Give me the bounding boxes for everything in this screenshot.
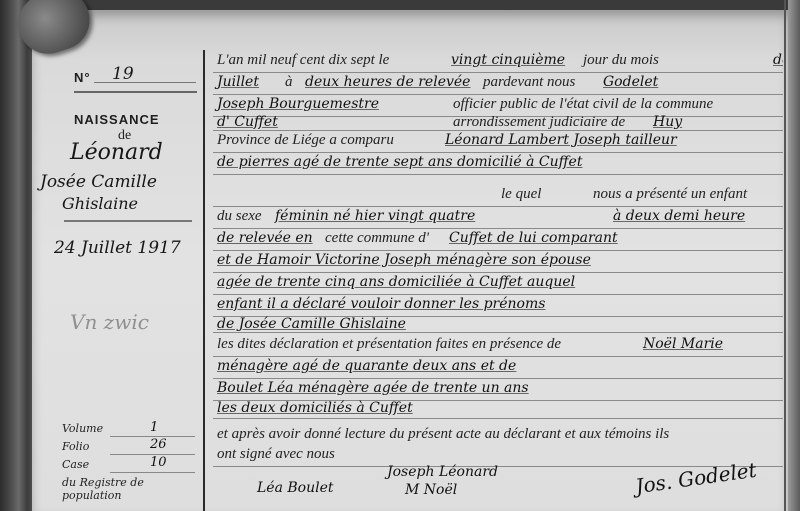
handwritten-text: Juillet (217, 74, 259, 90)
text-line-10: et de Hamoir Victorine Joseph ménagère s… (213, 250, 783, 273)
printed-text: cette commune d' (325, 230, 429, 247)
handwritten-text: les deux domiciliés à Cuffet (217, 400, 413, 416)
text-line-17: les deux domiciliés à Cuffet (213, 398, 783, 419)
case-line (110, 472, 195, 473)
number-underline (94, 82, 196, 83)
text-line-13: de Josée Camille Ghislaine (213, 314, 783, 333)
printed-text: nous a présenté un enfant (593, 186, 747, 203)
folio-label: Folio (62, 440, 89, 453)
volume-value: 1 (150, 420, 158, 435)
folio-value: 26 (150, 437, 167, 452)
handwritten-text: de Josée Camille Ghislaine (217, 316, 406, 332)
text-line-8: du sexe féminin né hier vingt quatre à d… (213, 206, 783, 229)
handwritten-text: enfant il a déclaré vouloir donner les p… (217, 296, 545, 312)
text-line-9: de relevée en cette commune d' Cuffet de… (213, 228, 783, 251)
handwritten-text: ménagère agé de quarante deux ans et de (217, 358, 516, 374)
printed-text: ont signé avec nous (217, 446, 335, 463)
handwritten-text: à deux demi heure (613, 208, 745, 224)
number-rule (74, 91, 197, 93)
case-value: 10 (150, 455, 167, 470)
printed-text: L'an mil neuf cent dix sept le (217, 52, 389, 69)
pencil-annotation: Vn zwic (70, 310, 149, 334)
handwritten-text: Cuffet de lui comparant (449, 230, 618, 246)
record-heading: NAISSANCE (74, 112, 160, 127)
volume-label: Volume (62, 422, 103, 435)
case-label: Case (62, 458, 89, 471)
printed-text: les dites déclaration et présentation fa… (217, 336, 561, 353)
text-line-7: le quel nous a présenté un enfant (213, 184, 783, 207)
handwritten-text: Godelet (603, 74, 658, 90)
birth-date: 24 Juillet 1917 (54, 238, 181, 258)
printed-text: officier public de l'état civil de la co… (453, 96, 713, 113)
handwritten-text: de (773, 52, 783, 68)
name-rule (64, 220, 192, 222)
handwritten-text: agée de trente cinq ans domiciliée à Cuf… (217, 274, 575, 290)
child-given-names: Josée Camille (40, 172, 157, 192)
handwritten-text: de pierres agé de trente sept ans domici… (217, 154, 582, 170)
text-line-6: de pierres agé de trente sept ans domici… (213, 152, 783, 175)
number-label: N° (74, 70, 91, 85)
book-binding (0, 0, 34, 511)
printed-text: et après avoir donné lecture du présent … (217, 426, 669, 443)
child-given-names-2: Ghislaine (62, 194, 138, 213)
signature-witness-2: M Noël (405, 482, 457, 498)
text-line-19: ont signé avec nous (213, 444, 783, 467)
text-line-18: et après avoir donné lecture du présent … (213, 424, 783, 446)
printed-text: pardevant nous (483, 74, 575, 91)
handwritten-text: de relevée en (217, 230, 313, 246)
text-line-14: les dites déclaration et présentation fa… (213, 334, 783, 357)
text-line-2: Juillet à deux heures de relevée pardeva… (213, 72, 783, 95)
signature-witness-1: Léa Boulet (257, 480, 334, 496)
text-line-15: ménagère agé de quarante deux ans et de (213, 356, 783, 379)
printed-text: à (285, 74, 293, 91)
handwritten-text: deux heures de relevée (305, 74, 470, 90)
printed-text: arrondissement judiciaire de (453, 114, 625, 131)
record-body: L'an mil neuf cent dix sept le vingt cin… (205, 0, 785, 511)
handwritten-text: et de Hamoir Victorine Joseph ménagère s… (217, 252, 591, 268)
printed-text: le quel (501, 186, 541, 203)
handwritten-text: Léonard Lambert Joseph tailleur (445, 132, 677, 148)
handwritten-text: Joseph Bourguemestre (217, 96, 379, 112)
handwritten-text: vingt cinquième (451, 52, 565, 68)
printed-text: Province de Liége a comparu (217, 132, 394, 149)
text-line-11: agée de trente cinq ans domiciliée à Cuf… (213, 272, 783, 295)
record-number: 19 (112, 64, 134, 84)
text-line-1: L'an mil neuf cent dix sept le vingt cin… (213, 50, 783, 73)
signature-declarant: Joseph Léonard (387, 464, 498, 480)
handwritten-text: féminin né hier vingt quatre (275, 208, 475, 224)
register-footer: du Registre de population (62, 476, 200, 502)
handwritten-text: Noël Marie (643, 336, 723, 352)
handwritten-text: Boulet Léa ménagère agée de trente un an… (217, 380, 529, 396)
handwritten-text: d' Cuffet (217, 114, 278, 130)
printed-text: du sexe (217, 208, 262, 225)
printed-text: jour du mois (583, 52, 659, 69)
page-edge (788, 0, 800, 511)
text-line-4: d' Cuffet arrondissement judiciaire de H… (213, 112, 783, 131)
child-surname: Léonard (70, 140, 163, 165)
handwritten-text: Huy (653, 114, 682, 130)
text-line-5: Province de Liége a comparu Léonard Lamb… (213, 130, 783, 153)
